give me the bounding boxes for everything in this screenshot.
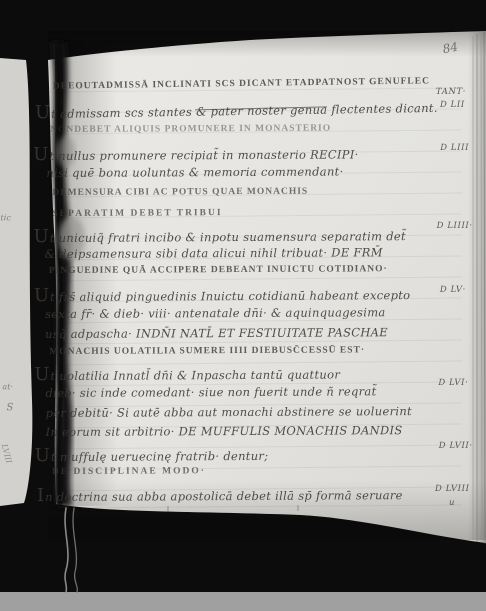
manuscript-photo: 84 DEEOUTADMISSĀ INCLINATI SCS DICANT ET… xyxy=(0,0,486,611)
text-line: per debitū· Si autē abba aut monachi abs… xyxy=(46,404,412,420)
text-line: nisi quē bona uoluntas & memoria commend… xyxy=(46,164,343,180)
margin-chapter-number: D LII xyxy=(440,100,465,110)
facing-page-fragment: tic xyxy=(1,213,11,222)
folio-number: 84 xyxy=(442,40,460,57)
margin-chapter-number: D LVII· xyxy=(439,441,473,451)
margin-chapter-number: D LIIII· xyxy=(437,221,473,231)
text-line: usq̃ adpascha· INDN̄I NATL̄ ET FESTIUITA… xyxy=(45,325,388,341)
page-text-layer: 84 DEEOUTADMISSĀ INCLINATI SCS DICANT ET… xyxy=(0,0,486,611)
text-line: DEEOUTADMISSĀ INCLINATI SCS DICANT ETADP… xyxy=(53,76,430,91)
facing-page-fragment: LVIII xyxy=(0,443,14,464)
text-line: Ut frs̄ aliquid pinguedinis Inuictu coti… xyxy=(34,283,411,306)
text-line: Ut muffulę ueruecinę fratrib· dentur; xyxy=(35,444,269,466)
margin-chapter-number: D LVIII xyxy=(435,484,470,494)
margin-chapter-number: D LV· xyxy=(440,285,466,295)
facing-page-fragment: at· xyxy=(2,382,13,391)
text-line: sexta fr̄· & dieb· viii· antenatale dn̄i… xyxy=(45,305,386,321)
text-line: DE DISCIPLINAE MODO· xyxy=(52,466,206,477)
text-line: NONDEBET ALIQUIS PROMUNERE IN MONASTERIO xyxy=(50,124,331,135)
margin-chapter-number: D LIII xyxy=(440,143,469,153)
text-line: DEMENSURA CIBI AC POTUS QUAE MONACHIS xyxy=(52,187,308,198)
text-line: & deipsamensura sibi data alicui nihil t… xyxy=(45,245,383,261)
text-line: PINGUEDINE QUĀ ACCIPERE DEBEANT INUICTU … xyxy=(49,264,388,276)
margin-note-flourish: u xyxy=(449,498,455,508)
margin-chapter-number: D LVI· xyxy=(438,378,468,388)
text-line: Ut unicuiq̃ fratri incibo & inpotu suame… xyxy=(34,224,406,247)
text-line: Ut admissam scs stantes & pater noster g… xyxy=(35,96,438,123)
text-line: In doctrina sua abba apostolicā debet il… xyxy=(37,483,403,506)
text-line: dieb· sic inde comedant· siue non fuerit… xyxy=(45,384,376,400)
text-line: In eorum sit arbitrio· DE MUFFULIS MONAC… xyxy=(46,423,403,439)
text-line: Ut uolatilia Innatl̄ dn̄i & Inpascha tan… xyxy=(34,362,340,385)
facing-page-fragment: S xyxy=(7,402,14,413)
text-line: Ut nullus promunere recipiat̃ in monaste… xyxy=(33,142,358,165)
text-line: SEPARATIM DEBET TRIBUI xyxy=(52,208,222,219)
margin-note-catchword: TANT· xyxy=(436,87,466,97)
text-line: MONACHIS UOLATILIA SUMERE IIII DIEBUSC̄C… xyxy=(49,345,365,357)
